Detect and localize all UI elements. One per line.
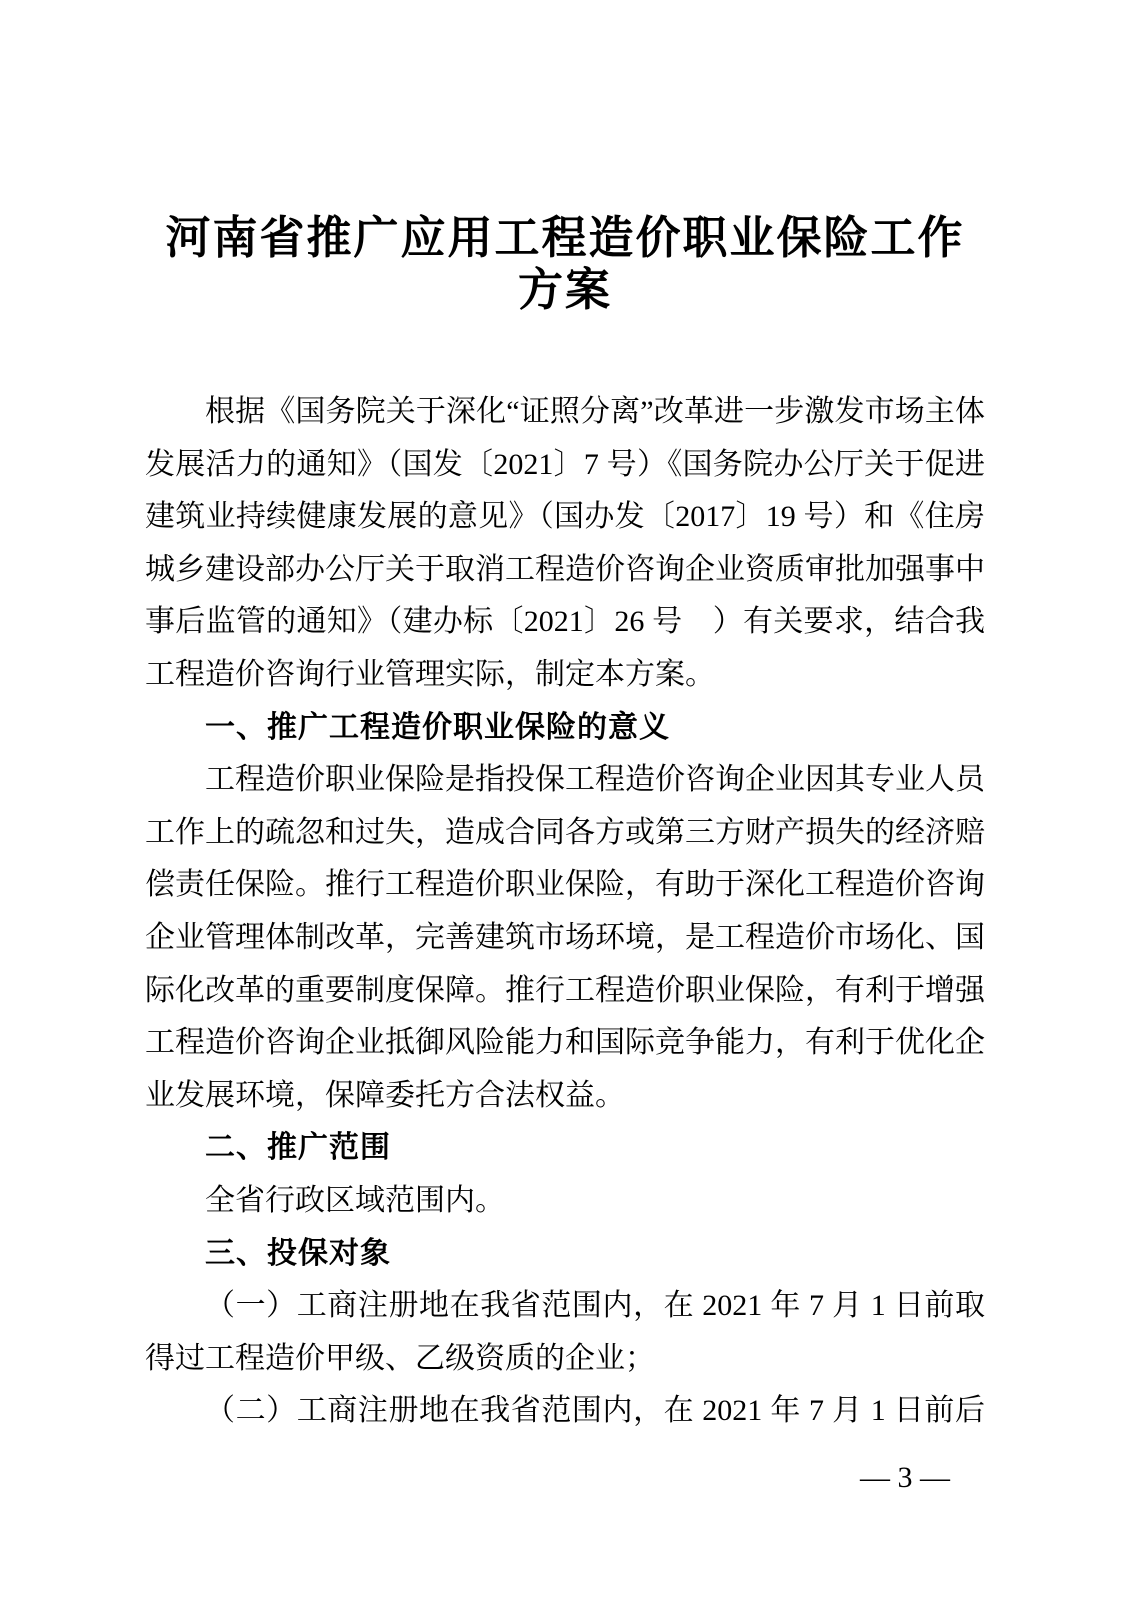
text-line: 业发展环境，保障委托方合法权益。: [145, 1070, 985, 1123]
text-line: 城乡建设部办公厅关于取消工程造价咨询企业资质审批加强事中: [145, 544, 985, 597]
text-line: 际化改革的重要制度保障。推行工程造价职业保险，有利于增强: [145, 965, 985, 1018]
paragraph: （一）工商注册地在我省范围内，在 2021 年 7 月 1 日前取得过工程造价甲…: [145, 1280, 985, 1385]
document-page: 河南省推广应用工程造价职业保险工作方案 根据《国务院关于深化“证照分离”改革进一…: [0, 0, 1131, 1600]
text-line: 建筑业持续健康发展的意见》（国办发〔2017〕19 号）和《住房: [145, 491, 985, 544]
document-body: 根据《国务院关于深化“证照分离”改革进一步激发市场主体发展活力的通知》（国发〔2…: [145, 386, 985, 1438]
text-line: 根据《国务院关于深化“证照分离”改革进一步激发市场主体: [145, 386, 985, 439]
paragraph: 根据《国务院关于深化“证照分离”改革进一步激发市场主体发展活力的通知》（国发〔2…: [145, 386, 985, 702]
text-line: 工作上的疏忽和过失，造成合同各方或第三方财产损失的经济赔: [145, 807, 985, 860]
section-heading: 二、推广范围: [145, 1122, 985, 1175]
text-line: 全省行政区域范围内。: [145, 1175, 985, 1228]
text-line: 工程造价咨询行业管理实际，制定本方案。: [145, 649, 985, 702]
section-heading: 三、投保对象: [145, 1228, 985, 1281]
section-heading: 一、推广工程造价职业保险的意义: [145, 702, 985, 755]
page-number: — 3 —: [0, 1460, 1131, 1496]
text-line: （一）工商注册地在我省范围内，在 2021 年 7 月 1 日前取: [145, 1280, 985, 1333]
paragraph: （二）工商注册地在我省范围内，在 2021 年 7 月 1 日前后: [145, 1385, 985, 1438]
paragraph: 全省行政区域范围内。: [145, 1175, 985, 1228]
text-line: 得过工程造价甲级、乙级资质的企业；: [145, 1333, 985, 1386]
text-line: （二）工商注册地在我省范围内，在 2021 年 7 月 1 日前后: [145, 1385, 985, 1438]
text-line: 发展活力的通知》（国发〔2021〕7 号）《国务院办公厅关于促进: [145, 439, 985, 492]
text-line: 事后监管的通知》（建办标〔2021〕26 号 ）有关要求，结合我省: [145, 596, 985, 649]
document-title: 河南省推广应用工程造价职业保险工作方案: [145, 212, 985, 316]
text-line: 工程造价职业保险是指投保工程造价咨询企业因其专业人员: [145, 754, 985, 807]
text-line: 企业管理体制改革，完善建筑市场环境，是工程造价市场化、国: [145, 912, 985, 965]
paragraph: 工程造价职业保险是指投保工程造价咨询企业因其专业人员工作上的疏忽和过失，造成合同…: [145, 754, 985, 1122]
text-line: 偿责任保险。推行工程造价职业保险，有助于深化工程造价咨询: [145, 859, 985, 912]
text-line: 工程造价咨询企业抵御风险能力和国际竞争能力，有利于优化企: [145, 1017, 985, 1070]
